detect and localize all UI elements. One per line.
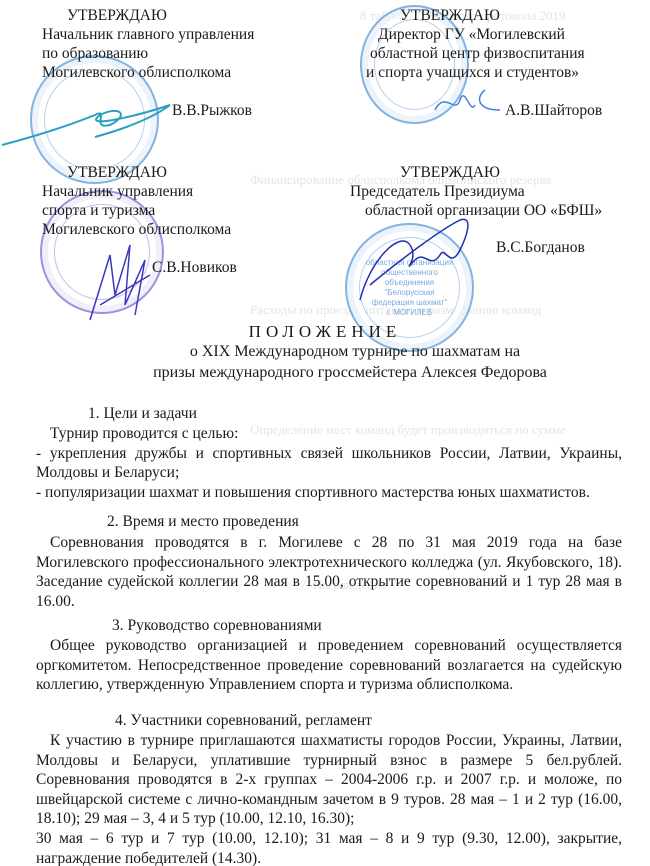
section-body-participants: К участию в турнире приглашаются шахмати… bbox=[36, 731, 622, 866]
approval-position-line: Председатель Президиума bbox=[350, 182, 602, 201]
approval-position-line: Начальник управления bbox=[42, 182, 231, 201]
section-heading-time-place: 2. Время и место проведения bbox=[107, 513, 299, 531]
paragraph: 30 мая – 6 тур и 7 тур (10.00, 12.10); 3… bbox=[36, 829, 622, 866]
approval-block-sport-tourism: УТВЕРЖДАЮ Начальник управления спорта и … bbox=[42, 163, 231, 239]
section-heading-participants: 4. Участники соревнований, регламент bbox=[115, 712, 372, 730]
section-body-time-place: Соревнования проводятся в г. Могилеве с … bbox=[36, 533, 622, 611]
paragraph: - укрепления дружбы и спортивных связей … bbox=[36, 444, 622, 483]
approval-position-line: Директор ГУ «Могилевский bbox=[370, 25, 585, 44]
document-title: ПОЛОЖЕНИЕ bbox=[0, 322, 650, 342]
approval-position-line: областной организации ОО «БФШ» bbox=[350, 201, 602, 220]
stamp-bfsh-text: областная организация общественного объе… bbox=[347, 258, 472, 318]
section-body-management: Общее руководство организацией и проведе… bbox=[36, 636, 622, 695]
approval-position-line: Могилевского облисполкома bbox=[42, 63, 254, 82]
paragraph: - популяризации шахмат и повышения спорт… bbox=[36, 483, 622, 503]
approval-heading: УТВЕРЖДАЮ bbox=[42, 163, 231, 182]
approval-block-education: УТВЕРЖДАЮ Начальник главного управления … bbox=[42, 6, 254, 82]
paragraph: К участию в турнире приглашаются шахмати… bbox=[36, 731, 622, 829]
approval-position-line: по образованию bbox=[42, 44, 254, 63]
approval-position-line: Могилевского облисполкома bbox=[42, 220, 231, 239]
approval-heading: УТВЕРЖДАЮ bbox=[42, 6, 254, 25]
section-heading-management: 3. Руководство соревнованиями bbox=[112, 617, 322, 635]
approval-signer-shaytorov: А.В.Шайторов bbox=[505, 102, 602, 120]
section-body-goals: Турнир проводится с целью: - укрепления … bbox=[36, 424, 622, 502]
paragraph: Общее руководство организацией и проведе… bbox=[36, 636, 622, 695]
approval-signer-ryzhkov: В.В.Рыжков bbox=[172, 102, 252, 120]
approval-position-line: Начальник главного управления bbox=[42, 25, 254, 44]
section-heading-goals: 1. Цели и задачи bbox=[88, 405, 197, 423]
approval-position-line: и спорта учащихся и студентов» bbox=[366, 63, 585, 82]
document-subtitle-line1: о XIX Международном турнире по шахматам … bbox=[0, 343, 650, 361]
approval-block-sport-center: УТВЕРЖДАЮ Директор ГУ «Могилевский облас… bbox=[370, 6, 585, 82]
approval-position-line: спорта и туризма bbox=[42, 201, 231, 220]
approval-heading: УТВЕРЖДАЮ bbox=[370, 6, 585, 25]
paragraph: Турнир проводится с целью: bbox=[36, 424, 622, 444]
approval-position-line: областной центр физвоспитания bbox=[370, 44, 585, 63]
approval-signer-novikov: С.В.Новиков bbox=[152, 259, 237, 277]
document-subtitle-line2: призы международного гроссмейстера Алекс… bbox=[0, 364, 650, 382]
approval-heading: УТВЕРЖДАЮ bbox=[350, 163, 602, 182]
paragraph: Соревнования проводятся в г. Могилеве с … bbox=[36, 533, 622, 611]
approval-block-bfsh: УТВЕРЖДАЮ Председатель Президиума област… bbox=[350, 163, 602, 220]
approval-signer-bogdanov: В.С.Богданов bbox=[496, 239, 585, 257]
